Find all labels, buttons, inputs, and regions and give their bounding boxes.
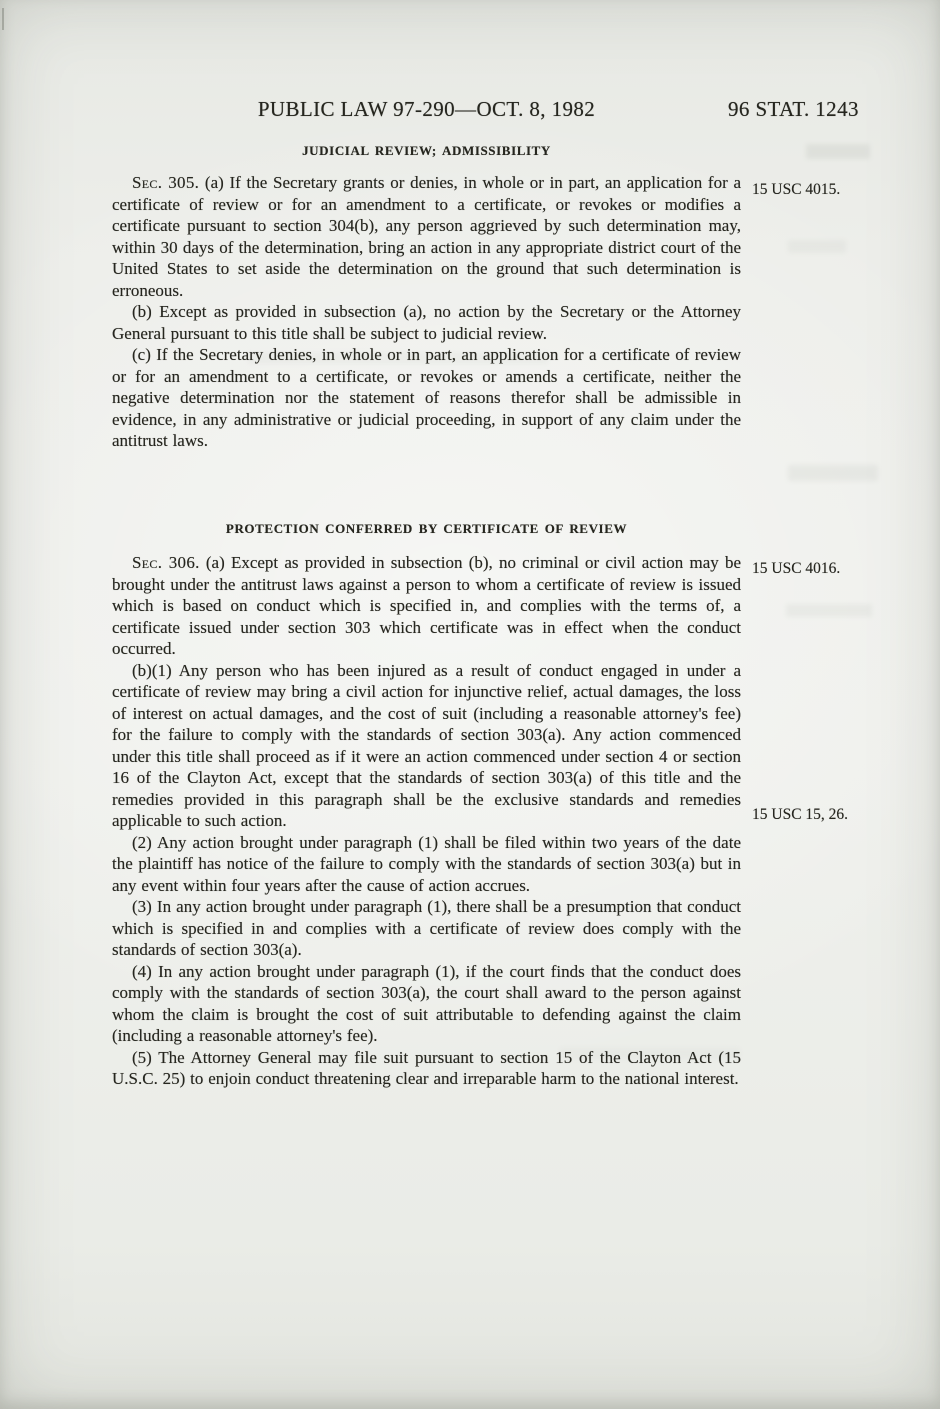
paragraph-text: (4) In any action brought under paragrap…	[112, 962, 741, 1046]
statute-paragraph-305a: Sec. 305. (a) If the Secretary grants or…	[112, 172, 741, 301]
bleed-through-artifact	[786, 604, 872, 617]
paragraph-text: (b)(1) Any person who has been injured a…	[112, 661, 741, 831]
paragraph-text: (2) Any action brought under paragraph (…	[112, 833, 741, 895]
statute-paragraph-305c: (c) If the Secretary denies, in whole or…	[112, 344, 741, 452]
section-judicial-review: JUDICIAL REVIEW; ADMISSIBILITY Sec. 305.…	[112, 143, 741, 452]
paragraph-text: (b) Except as provided in subsection (a)…	[112, 302, 741, 343]
paragraph-text: (c) If the Secretary denies, in whole or…	[112, 345, 741, 450]
paragraph-text: (a) If the Secretary grants or denies, i…	[112, 173, 741, 300]
statute-paragraph-306b5: (5) The Attorney General may file suit p…	[112, 1047, 741, 1090]
statute-paragraph-306a: Sec. 306. (a) Except as provided in subs…	[112, 552, 741, 660]
section-protection-conferred: PROTECTION CONFERRED BY CERTIFICATE OF R…	[112, 521, 741, 1090]
margin-note-usc-15-26: 15 USC 15, 26.	[752, 805, 922, 824]
bleed-through-artifact	[806, 144, 870, 159]
statute-paragraph-306b3: (3) In any action brought under paragrap…	[112, 896, 741, 961]
statute-paragraph-306b2: (2) Any action brought under paragraph (…	[112, 832, 741, 897]
section-number-label: Sec. 306.	[132, 553, 200, 572]
margin-note-usc-4016: 15 USC 4016.	[752, 559, 922, 578]
page-header-stat-number: 96 STAT. 1243	[728, 97, 898, 121]
statute-paragraph-306b4: (4) In any action brought under paragrap…	[112, 961, 741, 1047]
bleed-through-artifact	[788, 465, 878, 481]
statute-paragraph-306b1: (b)(1) Any person who has been injured a…	[112, 660, 741, 832]
section-heading-protection-conferred: PROTECTION CONFERRED BY CERTIFICATE OF R…	[112, 521, 741, 537]
bleed-through-artifact	[788, 240, 846, 253]
section-heading-judicial-review: JUDICIAL REVIEW; ADMISSIBILITY	[112, 143, 741, 159]
statute-paragraph-305b: (b) Except as provided in subsection (a)…	[112, 301, 741, 344]
scanned-statute-page: PUBLIC LAW 97-290—OCT. 8, 1982 96 STAT. …	[0, 0, 940, 1409]
margin-note-usc-4015: 15 USC 4015.	[752, 180, 922, 199]
paragraph-text: (5) The Attorney General may file suit p…	[112, 1048, 741, 1089]
scan-edge-artifact	[2, 8, 4, 30]
section-number-label: Sec. 305.	[132, 173, 199, 192]
page-header-law-title: PUBLIC LAW 97-290—OCT. 8, 1982	[112, 97, 741, 121]
paragraph-text: (3) In any action brought under paragrap…	[112, 897, 741, 959]
paragraph-text: (a) Except as provided in subsection (b)…	[112, 553, 741, 658]
